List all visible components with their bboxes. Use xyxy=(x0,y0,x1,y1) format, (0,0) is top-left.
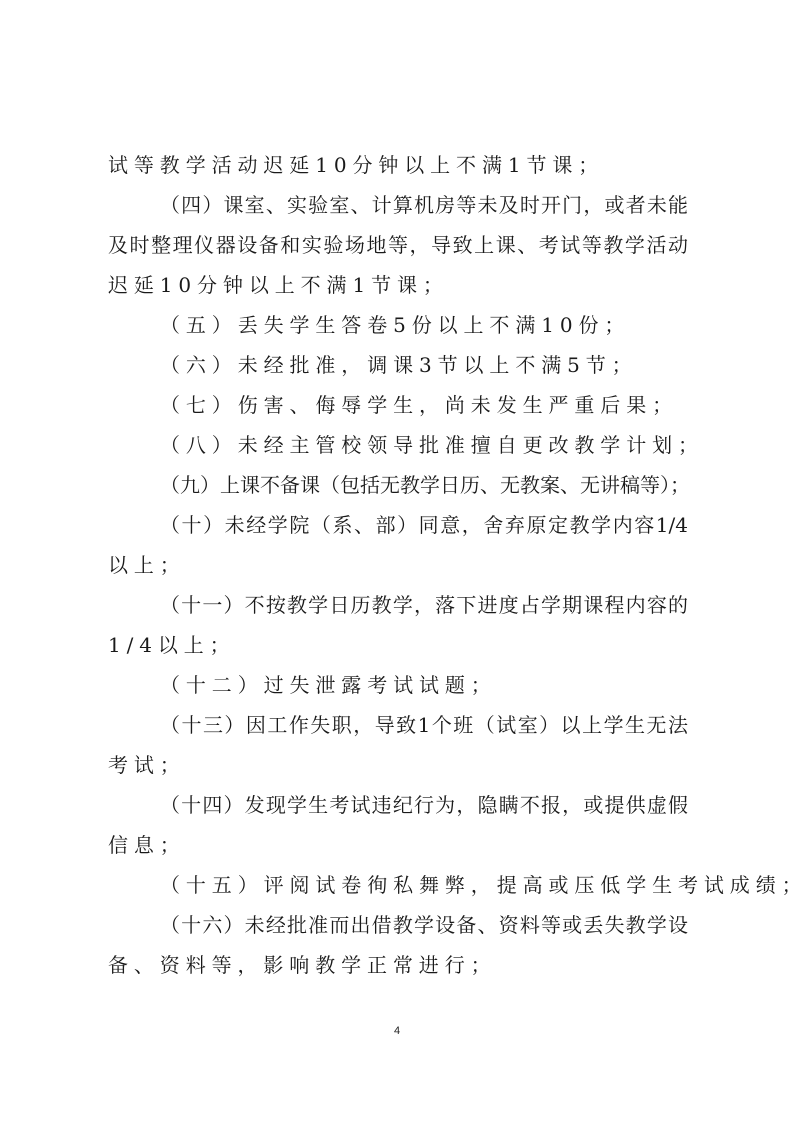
text-line: （七）伤害、侮辱学生，尚未发生严重后果； xyxy=(108,385,688,425)
text-line: （六）未经批准，调课3节以上不满5节； xyxy=(108,345,688,385)
text-line: （十一）不按教学日历教学，落下进度占学期课程内容的 xyxy=(108,585,688,625)
text-line: （四）课室、实验室、计算机房等未及时开门，或者未能 xyxy=(108,185,688,225)
document-page: 试等教学活动迟延10分钟以上不满1节课； （四）课室、实验室、计算机房等未及时开… xyxy=(0,0,794,1123)
text-line: （十五）评阅试卷徇私舞弊，提高或压低学生考试成绩； xyxy=(108,865,688,905)
page-number: 4 xyxy=(0,1025,794,1037)
text-line: （十）未经学院（系、部）同意，舍弃原定教学内容1/4 xyxy=(108,505,688,545)
text-line: 以上； xyxy=(108,545,688,585)
text-line: 备、资料等，影响教学正常进行； xyxy=(108,945,688,985)
text-line: （九）上课不备课（包括无教学日历、无教案、无讲稿等）； xyxy=(108,465,688,505)
text-line: （五）丢失学生答卷5份以上不满10份； xyxy=(108,305,688,345)
text-line: 考试； xyxy=(108,745,688,785)
text-line: （十三）因工作失职，导致1个班（试室）以上学生无法 xyxy=(108,705,688,745)
text-line: 信息； xyxy=(108,825,688,865)
document-body: 试等教学活动迟延10分钟以上不满1节课； （四）课室、实验室、计算机房等未及时开… xyxy=(108,145,688,985)
text-line: 试等教学活动迟延10分钟以上不满1节课； xyxy=(108,145,688,185)
text-line: 及时整理仪器设备和实验场地等，导致上课、考试等教学活动 xyxy=(108,225,688,265)
text-line: 1/4以上； xyxy=(108,625,688,665)
text-line: （十六）未经批准而出借教学设备、资料等或丢失教学设 xyxy=(108,905,688,945)
text-line: （八）未经主管校领导批准擅自更改教学计划； xyxy=(108,425,688,465)
text-line: 迟延10分钟以上不满1节课； xyxy=(108,265,688,305)
text-line: （十四）发现学生考试违纪行为，隐瞒不报，或提供虚假 xyxy=(108,785,688,825)
text-line: （十二）过失泄露考试试题； xyxy=(108,665,688,705)
